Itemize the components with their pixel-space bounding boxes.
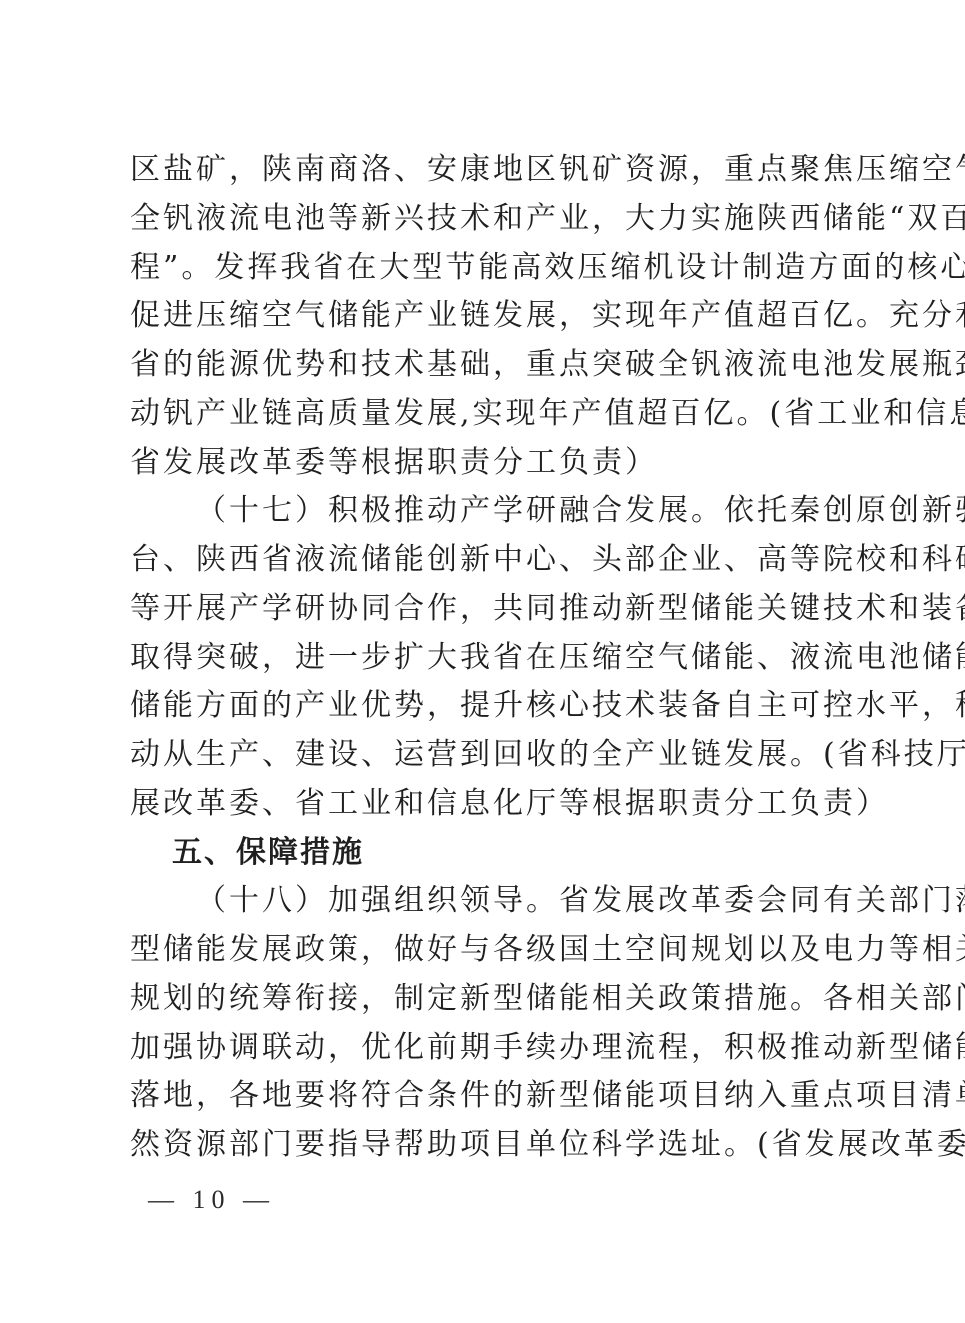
section-18-title-line: （十八）加强组织领导。省发展改革委会同有关部门落实新 — [130, 877, 848, 926]
paragraph-line: 规划的统筹衔接，制定新型储能相关政策措施。各相关部门之间 — [130, 975, 848, 1024]
paragraph-line: 区盐矿，陕南商洛、安康地区钒矿资源，重点聚焦压缩空气储能、 — [130, 146, 848, 195]
paragraph-line: 省的能源优势和技术基础，重点突破全钒液流电池发展瓶颈，推 — [130, 341, 848, 390]
section-17-title-line: （十七）积极推动产学研融合发展。依托秦创原创新驱动平 — [130, 487, 848, 536]
paragraph-line: 动钒产业链高质量发展,实现年产值超百亿。(省工业和信息化厅、 — [130, 390, 848, 439]
paragraph-line: 省发展改革委等根据职责分工负责） — [130, 439, 848, 488]
paragraph-line: 型储能发展政策，做好与各级国土空间规划以及电力等相关专项 — [130, 926, 848, 975]
paragraph-line: 动从生产、建设、运营到回收的全产业链发展。(省科技厅、省发 — [130, 731, 848, 780]
paragraph-line: 等开展产学研协同合作，共同推动新型储能关键技术和装备研发 — [130, 585, 848, 634]
paragraph-line: 程”。发挥我省在大型节能高效压缩机设计制造方面的核心优势， — [130, 244, 848, 293]
document-body: 区盐矿，陕南商洛、安康地区钒矿资源，重点聚焦压缩空气储能、 全钒液流电池等新兴技… — [130, 146, 848, 1170]
document-page: 区盐矿，陕南商洛、安康地区钒矿资源，重点聚焦压缩空气储能、 全钒液流电池等新兴技… — [0, 0, 965, 1323]
paragraph-line: 台、陕西省液流储能创新中心、头部企业、高等院校和科研院所 — [130, 536, 848, 585]
paragraph-line: 落地，各地要将符合条件的新型储能项目纳入重点项目清单，自 — [130, 1072, 848, 1121]
paragraph-line: 展改革委、省工业和信息化厅等根据职责分工负责） — [130, 780, 848, 829]
paragraph-line: 全钒液流电池等新兴技术和产业，大力实施陕西储能“双百亿工 — [130, 195, 848, 244]
section-heading: 五、保障措施 — [130, 829, 848, 878]
paragraph-line: 促进压缩空气储能产业链发展，实现年产值超百亿。充分利用我 — [130, 292, 848, 341]
paragraph-line: 加强协调联动，优化前期手续办理流程，积极推动新型储能项目 — [130, 1024, 848, 1073]
paragraph-line: 然资源部门要指导帮助项目单位科学选址。(省发展改革委、省自 — [130, 1121, 848, 1170]
paragraph-line: 储能方面的产业优势，提升核心技术装备自主可控水平，积极推 — [130, 682, 848, 731]
page-number: — 10 — — [148, 1180, 275, 1220]
paragraph-line: 取得突破，进一步扩大我省在压缩空气储能、液流电池储能、氢 — [130, 634, 848, 683]
